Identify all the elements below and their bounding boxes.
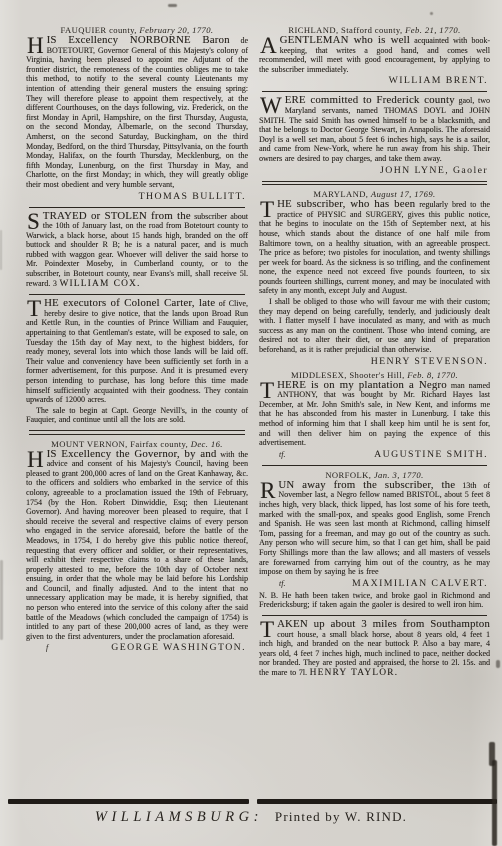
drop-cap: T [259, 620, 277, 638]
footer-rule-right [257, 799, 498, 804]
insertion-mark: tf. [259, 579, 285, 588]
footer-rule [8, 799, 497, 804]
ad-lead: HERE is on my plantation a Negro [277, 379, 447, 391]
ad-text: STRAYED or STOLEN from the subscriber ab… [26, 212, 248, 290]
signature-row: THOMAS BULLITT. [26, 191, 246, 202]
signature-row: tf. MAXIMILIAN CALVERT. [259, 578, 488, 589]
footer-imprint: WILLIAMSBURG: Printed by W. RIND. [0, 808, 502, 826]
ad-paragraph: The sale to begin at Capt. George Nevill… [26, 406, 248, 425]
dateline-date: Feb. 21, 1770. [405, 25, 460, 35]
ad-text: RUN away from the subscriber, the 13th o… [259, 481, 490, 577]
ad-text: THE executors of Colonel Carter, late of… [26, 299, 248, 405]
ad-lead: HE subscriber, who has been [277, 198, 415, 210]
signature: HENRY STEVENSON. [371, 356, 488, 367]
ad-bullitt-adjutant: FAUQUIER county, February 20, 1770. HIS … [26, 25, 248, 202]
imprint-printer: Printed by W. RIND. [267, 809, 407, 824]
signature: MAXIMILIAN CALVERT. [352, 578, 488, 589]
drop-cap: T [26, 299, 44, 317]
ad-lead: GENTLEMAN who is well [280, 34, 410, 46]
ad-text: WERE committed to Frederick county gaol,… [259, 96, 490, 163]
paper-smudge-left-edge [0, 560, 3, 640]
ad-text: THE subscriber, who has been regularly b… [259, 200, 490, 296]
ad-washington-lands: MOUNT VERNON, Fairfax county, Dec. 16. H… [26, 439, 248, 654]
insertion-mark: tf. [259, 450, 285, 459]
drop-cap: T [259, 381, 277, 399]
ad-smith-anthony: MIDDLESEX, Shooter's Hill, Feb. 8, 1770.… [259, 370, 490, 460]
drop-cap: H [26, 36, 47, 54]
signature: THOMAS BULLITT. [139, 191, 246, 202]
ad-stevenson-inoculation: MARYLAND, August 17, 1769. THE subscribe… [259, 189, 490, 367]
ad-text: THERE is on my plantation a Negro man na… [259, 381, 490, 448]
section-rule [262, 615, 487, 616]
section-rule [29, 294, 245, 295]
ad-text: HIS Excellency the Governor, by and with… [26, 450, 248, 642]
newspaper-page: FAUQUIER county, February 20, 1770. HIS … [0, 0, 502, 846]
drop-cap: S [26, 212, 43, 230]
ink-speck [168, 4, 177, 7]
ad-body-text: regularly bred to the practice of PHYSIC… [259, 200, 490, 295]
ad-lead: IS Excellency NORBORNE Baron [47, 34, 230, 46]
nota-bene: N. B. He hath been taken twice, and brok… [259, 591, 490, 610]
insertion-mark: 3 [53, 279, 57, 288]
drop-cap: A [259, 36, 280, 54]
left-column: FAUQUIER county, February 20, 1770. HIS … [26, 22, 248, 796]
signature: AUGUSTINE SMITH. [374, 449, 488, 460]
footer-rule-left [8, 799, 249, 804]
paper-smudge-left-edge [0, 230, 2, 270]
ad-body-text: de BOTETOURT, Governor General of this M… [26, 36, 248, 189]
signature: WILLIAM COX. [59, 279, 140, 289]
drop-cap: H [26, 450, 47, 468]
page-edge-shadow [492, 760, 497, 846]
ad-body-text: 13th of November last, a Negro fellow na… [259, 481, 490, 576]
ad-brent-bookkeeper: RICHLAND, Stafford county, Feb. 21, 1770… [259, 25, 490, 86]
signature-row: JOHN LYNE, Gaoler [259, 165, 488, 176]
ad-lead: ERE committed to Frederick county [285, 94, 455, 106]
signature: GEORGE WASHINGTON. [111, 642, 246, 653]
ink-speck [430, 12, 433, 15]
ad-lead: IS Excellency the Governor, by and [47, 448, 217, 460]
ad-paragraph: I shall be obliged to those who will fav… [259, 297, 490, 355]
ad-committed-gaol: WERE committed to Frederick county gaol,… [259, 96, 490, 175]
section-rule [262, 465, 487, 466]
ad-body-text: gaol, two Maryland servants, named THOMA… [259, 96, 490, 163]
signature: HENRY TAYLOR. [310, 668, 399, 678]
ad-lead: HE executors of Colonel Carter, late [44, 297, 215, 309]
ad-lead: TRAYED or STOLEN from the [43, 210, 191, 222]
ad-body-text: subscriber about the 10th of January las… [26, 212, 248, 288]
signature: JOHN LYNE, Gaoler [380, 165, 488, 176]
ad-body-text: with the advice and consent of his Majes… [26, 450, 248, 641]
ad-carter-lands: THE executors of Colonel Carter, late of… [26, 299, 248, 425]
signature: WILLIAM BRENT. [389, 75, 488, 86]
section-rule-double [29, 430, 245, 435]
ink-speck [496, 660, 500, 668]
ad-strayed-horse: STRAYED or STOLEN from the subscriber ab… [26, 212, 248, 290]
ad-taylor-taken-up: TAKEN up about 3 miles from Southampton … [259, 620, 490, 679]
ad-body-text: of Clive, hereby desire to give notice, … [26, 299, 248, 404]
ad-text: AGENTLEMAN who is well acquainted with b… [259, 36, 490, 74]
signature-row: f GEORGE WASHINGTON. [26, 642, 246, 653]
imprint-place: WILLIAMSBURG: [95, 809, 263, 825]
insertion-mark: f [26, 643, 48, 652]
ad-lead: AKEN up about 3 miles from Southampton [277, 618, 490, 630]
ad-body-text: man named ANTHONY, that was bought by Mr… [259, 381, 490, 448]
right-column: RICHLAND, Stafford county, Feb. 21, 1770… [259, 22, 490, 796]
section-rule-double [262, 181, 487, 186]
drop-cap: W [259, 96, 285, 114]
page-columns: FAUQUIER county, February 20, 1770. HIS … [26, 22, 490, 796]
drop-cap: R [259, 481, 278, 499]
section-rule [262, 91, 487, 92]
drop-cap: T [259, 200, 277, 218]
section-rule [29, 207, 245, 208]
signature-row: tf. AUGUSTINE SMITH. [259, 449, 488, 460]
ad-text: HIS Excellency NORBORNE Baron de BOTETOU… [26, 36, 248, 190]
ad-text: TAKEN up about 3 miles from Southampton … [259, 620, 490, 679]
signature-row: WILLIAM BRENT. [259, 75, 488, 86]
signature-row: HENRY STEVENSON. [259, 356, 488, 367]
ad-lead: UN away from the subscriber, the [278, 479, 455, 491]
ad-calvert-runaway: NORFOLK, Jan. 3, 1770. RUN away from the… [259, 470, 490, 610]
